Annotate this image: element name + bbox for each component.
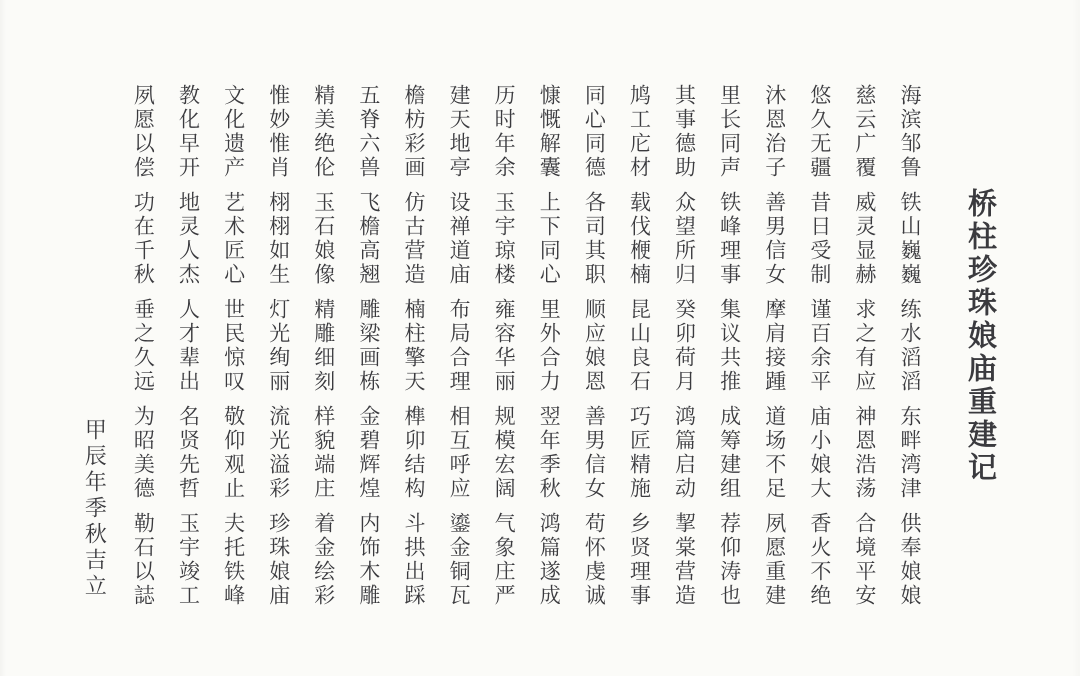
text-column: 夙愿以偿功在千秋垂之久远为昭美德勒石以誌 — [131, 84, 154, 619]
phrase: 地灵人杰 — [176, 191, 199, 287]
phrase: 神恩浩荡 — [853, 405, 876, 501]
inscription-title: 桥柱珍珠娘庙重建记 — [961, 188, 1002, 619]
phrase: 人才辈出 — [176, 298, 199, 394]
phrase: 仿古营造 — [402, 191, 425, 287]
phrase: 乡贤理事 — [627, 512, 650, 608]
inscription-colophon: 甲辰年季秋吉立 — [78, 418, 109, 619]
phrase: 夙愿以偿 — [131, 84, 154, 180]
phrase: 翌年季秋 — [537, 405, 560, 501]
phrase: 精雕细刻 — [312, 298, 335, 394]
phrase: 悠久无疆 — [808, 84, 831, 180]
phrase: 上下同心 — [537, 191, 560, 287]
phrase: 样貌端庄 — [312, 405, 335, 501]
phrase: 载伐楩楠 — [627, 191, 650, 287]
phrase: 着金绘彩 — [312, 512, 335, 608]
phrase: 沐恩治子 — [763, 84, 786, 180]
phrase: 苟怀虔诚 — [582, 512, 605, 608]
phrase: 楠柱擎天 — [402, 298, 425, 394]
phrase: 里长同声 — [718, 84, 741, 180]
phrase: 艺术匠心 — [222, 191, 245, 287]
text-column: 鸠工庀材载伐楩楠昆山良石巧匠精施乡贤理事 — [627, 84, 650, 619]
phrase: 摩肩接踵 — [763, 298, 786, 394]
text-column: 慷慨解囊上下同心里外合力翌年季秋鸿篇遂成 — [537, 84, 560, 619]
phrase: 灯光绚丽 — [267, 298, 290, 394]
phrase: 其事德助 — [672, 84, 695, 180]
phrase: 道场不足 — [763, 405, 786, 501]
phrase: 功在千秋 — [131, 191, 154, 287]
phrase: 珍珠娘庙 — [267, 512, 290, 608]
phrase: 夫托铁峰 — [222, 512, 245, 608]
phrase: 谨百余平 — [808, 298, 831, 394]
inscription-body: 桥柱珍珠娘庙重建记 海滨邹鲁铁山巍巍练水滔滔东畔湾津供奉娘娘慈云广覆威灵显赫求之… — [50, 84, 1002, 619]
phrase: 荐仰涛也 — [718, 512, 741, 608]
phrase: 善男信女 — [763, 191, 786, 287]
phrase: 玉石娘像 — [312, 191, 335, 287]
phrase: 鸿篇遂成 — [537, 512, 560, 608]
phrase: 同心同德 — [582, 84, 605, 180]
phrase: 雕梁画栋 — [357, 298, 380, 394]
phrase: 鸠工庀材 — [627, 84, 650, 180]
phrase: 为昭美德 — [131, 405, 154, 501]
phrase: 敬仰观止 — [222, 405, 245, 501]
phrase: 威灵显赫 — [853, 191, 876, 287]
phrase: 相互呼应 — [447, 405, 470, 501]
phrase: 檐枋彩画 — [402, 84, 425, 180]
phrase: 成筹建组 — [718, 405, 741, 501]
text-column: 精美绝伦玉石娘像精雕细刻样貌端庄着金绘彩 — [312, 84, 335, 619]
phrase: 世民惊叹 — [222, 298, 245, 394]
phrase: 庙小娘大 — [808, 405, 831, 501]
phrase: 供奉娘娘 — [898, 512, 921, 608]
text-column: 文化遗产艺术匠心世民惊叹敬仰观止夫托铁峰 — [222, 84, 245, 619]
phrase: 名贤先哲 — [176, 405, 199, 501]
phrase: 精美绝伦 — [312, 84, 335, 180]
phrase: 海滨邹鲁 — [898, 84, 921, 180]
text-column: 其事德助众望所归癸卯荷月鸿篇启动挈棠营造 — [672, 84, 695, 619]
phrase: 鎏金铜瓦 — [447, 512, 470, 608]
phrase: 玉宇琼楼 — [492, 191, 515, 287]
phrase: 栩栩如生 — [267, 191, 290, 287]
phrase: 善男信女 — [582, 405, 605, 501]
text-column: 五脊六兽飞檐高翘雕梁画栋金碧辉煌内饰木雕 — [357, 84, 380, 619]
phrase: 五脊六兽 — [357, 84, 380, 180]
phrase: 顺应娘恩 — [582, 298, 605, 394]
phrase: 昆山良石 — [627, 298, 650, 394]
phrase: 建天地亭 — [447, 84, 470, 180]
phrase: 斗拱出踩 — [402, 512, 425, 608]
phrase: 榫卯结构 — [402, 405, 425, 501]
phrase: 香火不绝 — [808, 512, 831, 608]
text-column: 同心同德各司其职顺应娘恩善男信女苟怀虔诚 — [582, 84, 605, 619]
text-column: 教化早开地灵人杰人才辈出名贤先哲玉宇竣工 — [176, 84, 199, 619]
phrase: 铁峰理事 — [718, 191, 741, 287]
text-column: 惟妙惟肖栩栩如生灯光绚丽流光溢彩珍珠娘庙 — [267, 84, 290, 619]
phrase: 众望所归 — [672, 191, 695, 287]
phrase: 设禅道庙 — [447, 191, 470, 287]
phrase: 求之有应 — [853, 298, 876, 394]
text-column: 沐恩治子善男信女摩肩接踵道场不足夙愿重建 — [763, 84, 786, 619]
phrase: 惟妙惟肖 — [267, 84, 290, 180]
phrase: 巧匠精施 — [627, 405, 650, 501]
phrase: 挈棠营造 — [672, 512, 695, 608]
phrase: 规模宏阔 — [492, 405, 515, 501]
phrase: 布局合理 — [447, 298, 470, 394]
phrase: 内饰木雕 — [357, 512, 380, 608]
phrase: 慈云广覆 — [853, 84, 876, 180]
phrase: 各司其职 — [582, 191, 605, 287]
phrase: 金碧辉煌 — [357, 405, 380, 501]
text-column: 檐枋彩画仿古营造楠柱擎天榫卯结构斗拱出踩 — [402, 84, 425, 619]
text-column: 建天地亭设禅道庙布局合理相互呼应鎏金铜瓦 — [447, 84, 470, 619]
phrase: 东畔湾津 — [898, 405, 921, 501]
text-column: 悠久无疆昔日受制谨百余平庙小娘大香火不绝 — [808, 84, 831, 619]
phrase: 勒石以誌 — [131, 512, 154, 608]
phrase: 铁山巍巍 — [898, 191, 921, 287]
text-column: 慈云广覆威灵显赫求之有应神恩浩荡合境平安 — [853, 84, 876, 619]
phrase: 练水滔滔 — [898, 298, 921, 394]
phrase: 玉宇竣工 — [176, 512, 199, 608]
phrase: 垂之久远 — [131, 298, 154, 394]
inscription-page: 桥柱珍珠娘庙重建记 海滨邹鲁铁山巍巍练水滔滔东畔湾津供奉娘娘慈云广覆威灵显赫求之… — [0, 0, 1080, 676]
phrase: 癸卯荷月 — [672, 298, 695, 394]
phrase: 慷慨解囊 — [537, 84, 560, 180]
phrase: 气象庄严 — [492, 512, 515, 608]
text-column: 历时年余玉宇琼楼雍容华丽规模宏阔气象庄严 — [492, 84, 515, 619]
phrase: 夙愿重建 — [763, 512, 786, 608]
phrase: 集议共推 — [718, 298, 741, 394]
phrase: 雍容华丽 — [492, 298, 515, 394]
phrase: 合境平安 — [853, 512, 876, 608]
phrase: 历时年余 — [492, 84, 515, 180]
text-column: 海滨邹鲁铁山巍巍练水滔滔东畔湾津供奉娘娘 — [898, 84, 921, 619]
text-column: 里长同声铁峰理事集议共推成筹建组荐仰涛也 — [718, 84, 741, 619]
phrase: 文化遗产 — [222, 84, 245, 180]
phrase: 鸿篇启动 — [672, 405, 695, 501]
phrase: 里外合力 — [537, 298, 560, 394]
phrase: 教化早开 — [176, 84, 199, 180]
phrase: 昔日受制 — [808, 191, 831, 287]
phrase: 飞檐高翘 — [357, 191, 380, 287]
phrase: 流光溢彩 — [267, 405, 290, 501]
